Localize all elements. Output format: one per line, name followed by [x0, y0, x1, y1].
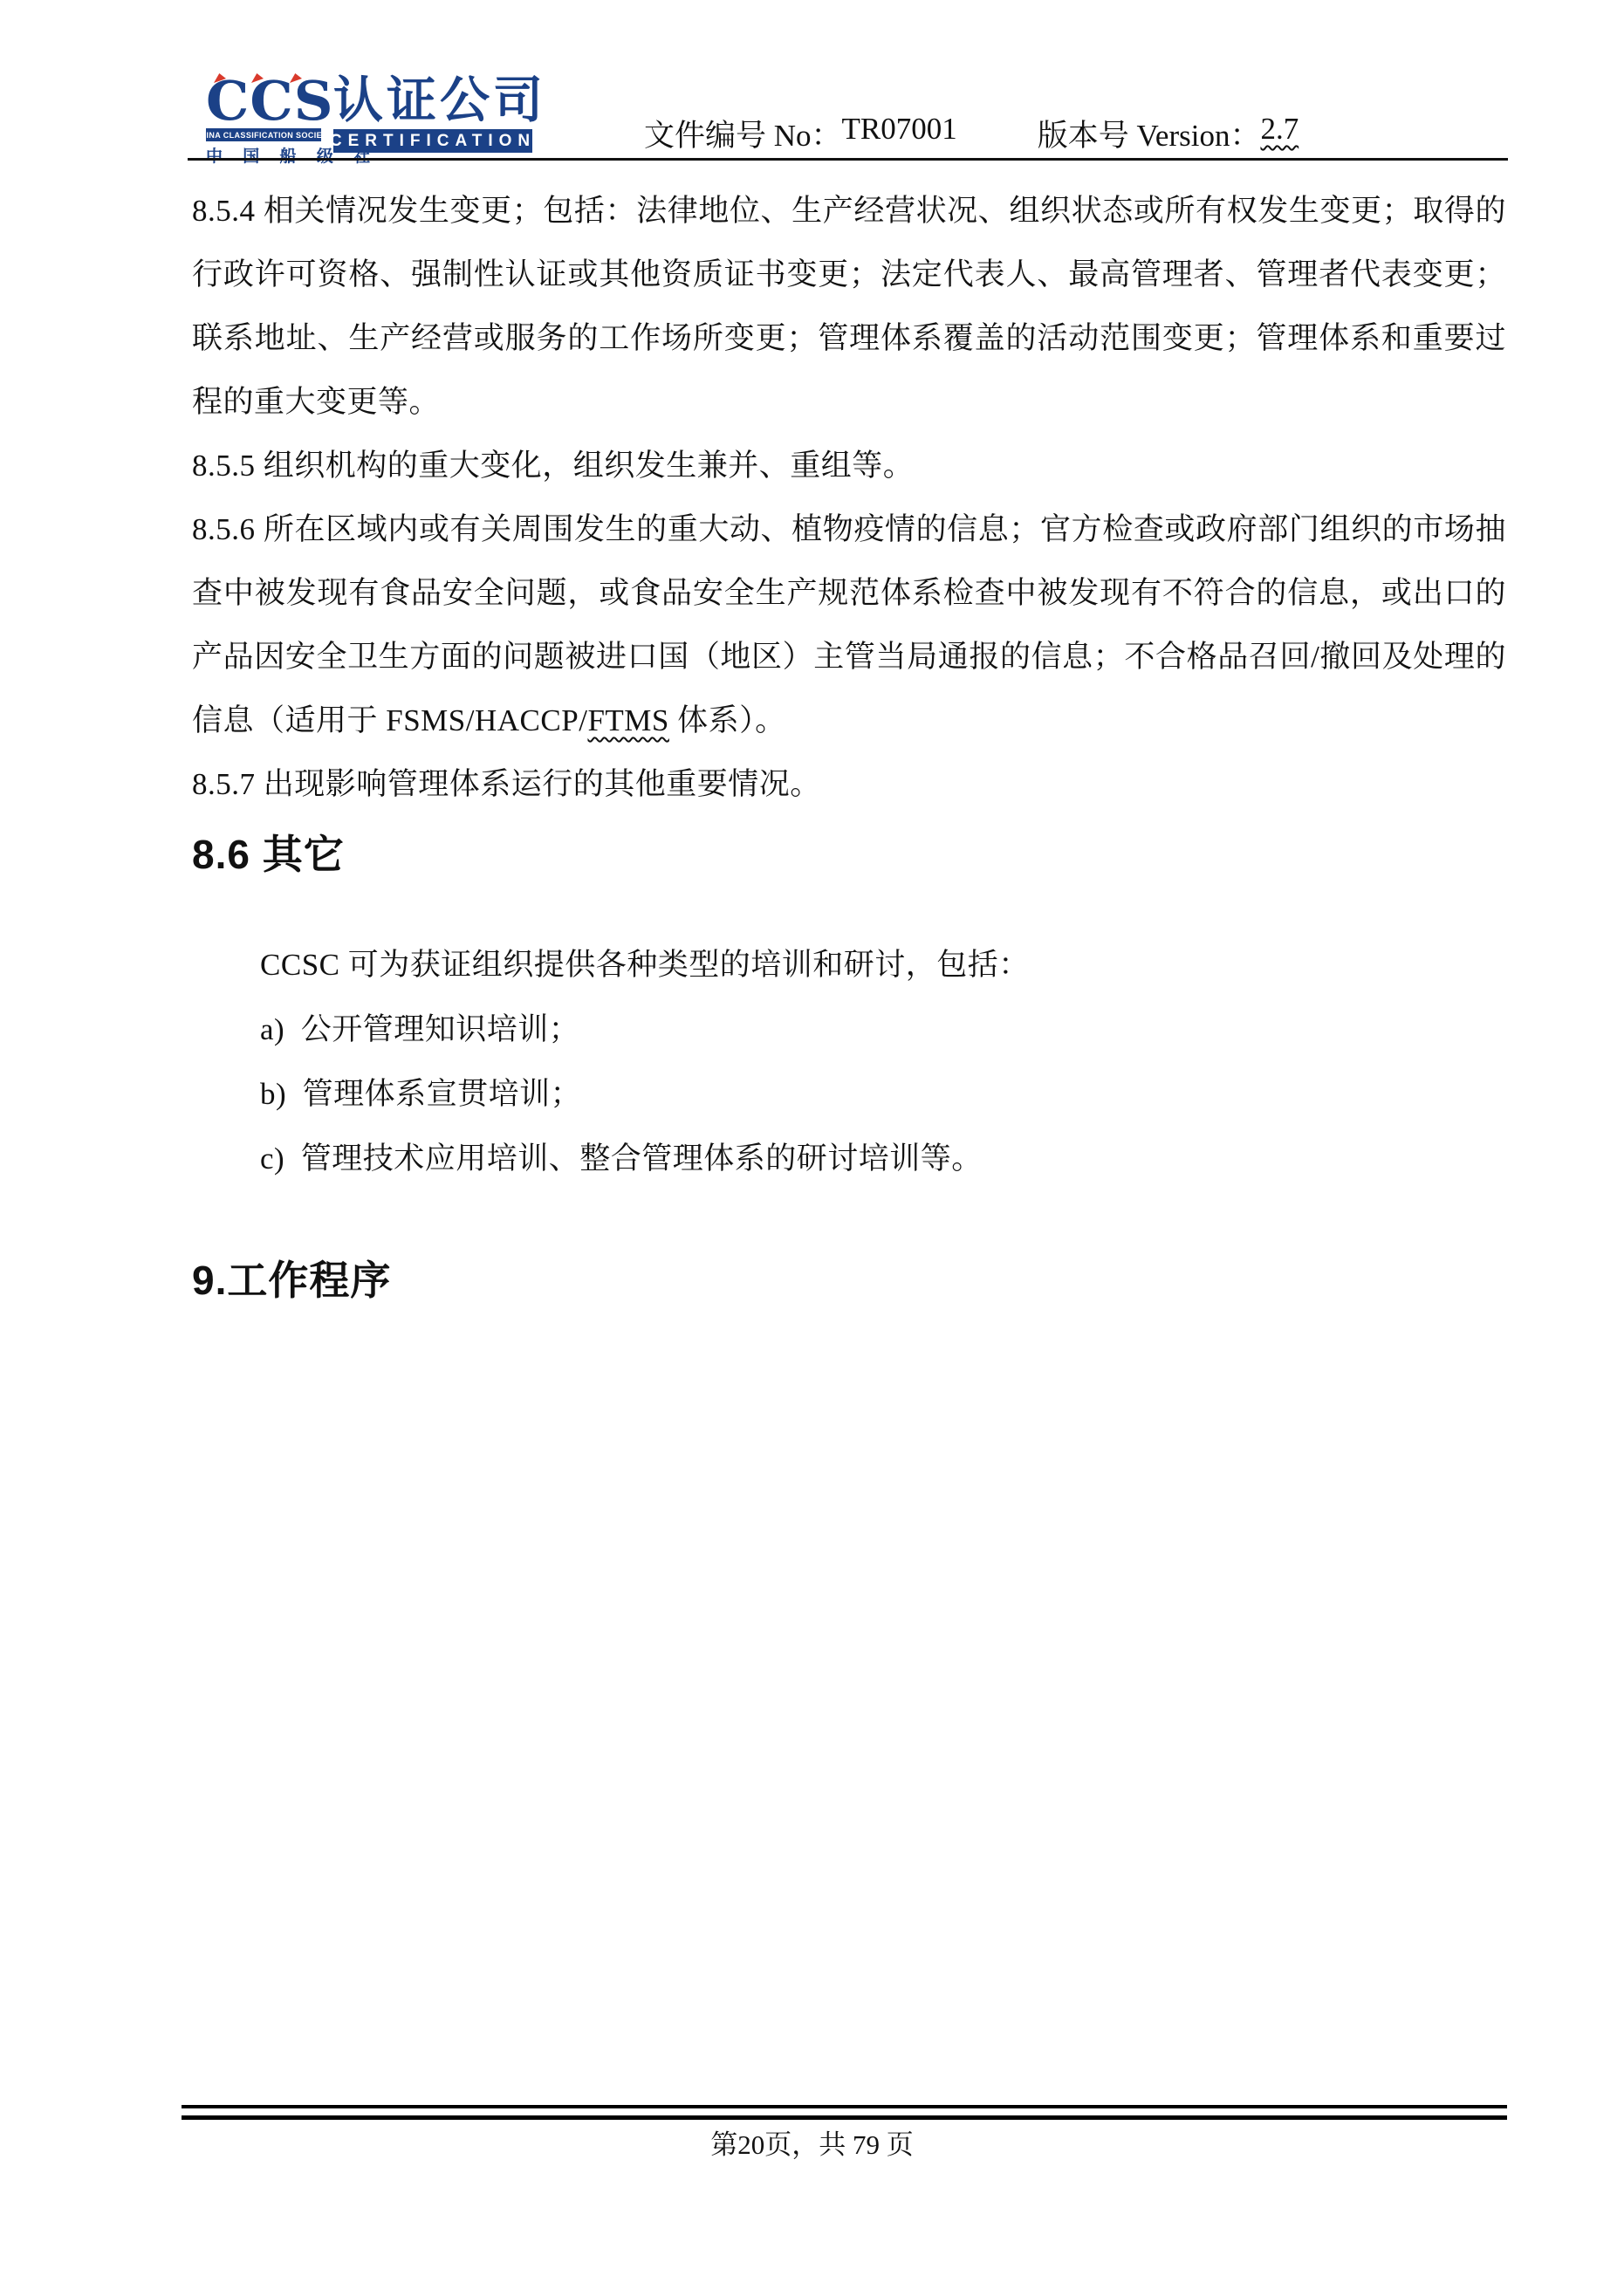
page-number: 第20页，共 79 页	[0, 2122, 1624, 2162]
paragraph-8-5-5: 8.5.5 组织机构的重大变化，组织发生兼并、重组等。	[192, 434, 1506, 497]
training-intro: CCSC 可为获证组织提供各种类型的培训和研讨，包括：	[260, 933, 1506, 997]
ccs-logo: CCS CHINA CLASSIFICATION SOCIETY 中 国 船 级…	[206, 77, 321, 167]
logo-company-name: 认证公司	[333, 75, 546, 126]
paragraph-8-5-6-tail: 体系）。	[669, 703, 786, 737]
logo-society-cn: 中 国 船 级 社	[206, 143, 321, 167]
heading-8-6: 8.6 其它	[192, 828, 1506, 881]
logo-certification-banner: CERTIFICATION	[333, 129, 532, 153]
logo-ccs-text: CCS	[206, 77, 321, 126]
paragraph-8-5-7: 8.5.7 出现影响管理体系运行的其他重要情况。	[192, 752, 1506, 816]
document-body: 8.5.4 相关情况发生变更；包括：法律地位、生产经营状况、组织状态或所有权发生…	[192, 179, 1506, 1306]
doc-version: 版本号 Version：2.7	[1038, 112, 1299, 155]
paragraph-8-5-6: 8.5.6 所在区域内或有关周围发生的重大动、植物疫情的信息；官方检查或政府部门…	[192, 497, 1506, 752]
doc-version-value: 2.7	[1260, 112, 1299, 155]
doc-number: 文件编号 No：TR07001	[644, 112, 957, 155]
paragraph-8-5-6-text: 8.5.6 所在区域内或有关周围发生的重大动、植物疫情的信息；官方检查或政府部门…	[192, 512, 1506, 737]
training-list: CCSC 可为获证组织提供各种类型的培训和研讨，包括： a) 公开管理知识培训；…	[192, 933, 1506, 1191]
header-divider	[188, 158, 1508, 161]
footer-divider	[182, 2105, 1507, 2120]
heading-9: 9.工作程序	[192, 1254, 1506, 1306]
document-info-row: 文件编号 No：TR07001 版本号 Version：2.7	[644, 112, 1299, 155]
paragraph-8-5-4: 8.5.4 相关情况发生变更；包括：法律地位、生产经营状况、组织状态或所有权发生…	[192, 179, 1506, 434]
ccs-logo-letters: CCS	[206, 77, 321, 126]
doc-number-label: 文件编号 No：	[644, 112, 842, 155]
list-item-a: a) 公开管理知识培训；	[260, 997, 1506, 1062]
ftms-wavy-term: FTMS	[587, 703, 668, 737]
ccs-logo-right: 认证公司 CERTIFICATION	[333, 75, 546, 153]
doc-version-label: 版本号 Version：	[1038, 112, 1261, 155]
list-item-c: c) 管理技术应用培训、整合管理体系的研讨培训等。	[260, 1127, 1506, 1191]
doc-number-value: TR07001	[842, 112, 957, 155]
list-item-b: b) 管理体系宣贯培训；	[260, 1062, 1506, 1127]
